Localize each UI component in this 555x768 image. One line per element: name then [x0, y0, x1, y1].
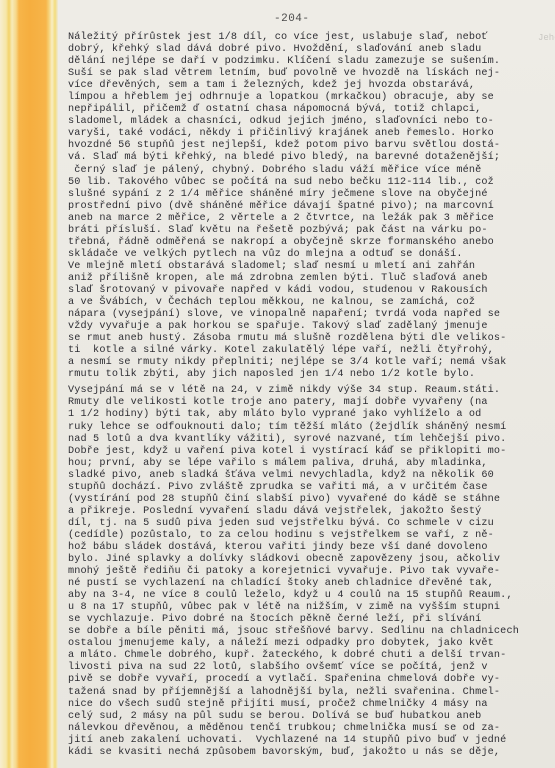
- text-line: hož bábu sládek dostává, kterou vařiti j…: [68, 542, 554, 554]
- text-line: sladké pivo, aneb sladká šťáva velmi nev…: [68, 470, 554, 482]
- text-line: nálevkou dřevěnou, a měděnou tenčí trubk…: [68, 723, 554, 735]
- text-line: bráti přísluší. Slaď květu na řešetě poz…: [68, 225, 554, 237]
- text-line: 1 1/2 hodiny) býti tak, aby mláto bylo v…: [68, 409, 554, 421]
- page-number: -204-: [274, 13, 310, 25]
- text-line: černý slaď je pálený, chybný. Dobrého sl…: [68, 165, 554, 177]
- text-line: vždy vyvařuje a pak horkou se spařuje. T…: [68, 321, 554, 333]
- text-line: livosti piva na sud 22 lotů, slabšího ov…: [68, 662, 554, 674]
- text-line: límpou a hřeblem jej odhrnuje a lopatkou…: [68, 92, 554, 104]
- text-line: pivě se dobře vyvaří, procedí a vytlačí.…: [68, 674, 554, 686]
- text-line: tažená snad by příjemnější a lahodnější …: [68, 687, 554, 699]
- text-line: Rmuty dle velikosti kotle troje ano pate…: [68, 397, 554, 409]
- text-line: hou; první, aby se lépe vařilo s málem p…: [68, 458, 554, 470]
- text-line: (vystírání pod 28 stupňů činí slabší piv…: [68, 494, 554, 506]
- text-line: hvozdné 56 stupňů jest nejlepší, kdež po…: [68, 140, 554, 152]
- text-line: aniž přílišně kropen, ale má zdrobna zem…: [68, 273, 554, 285]
- text-line: celý sud, 2 másy na půl sudu se berou. D…: [68, 711, 554, 723]
- text-line: díl, tj. na 5 sudů piva jeden sud vejstř…: [68, 518, 554, 530]
- text-line: nad 5 lotů a dva kvantlíky vážiti), syro…: [68, 434, 554, 446]
- text-line: ostalou jmenujeme kaly, a náleží mezi od…: [68, 638, 554, 650]
- text-line: sladomel, mládek a chasníci, odkud jejic…: [68, 116, 554, 128]
- text-line: (cedídle) pozůstalo, to za celou hodinu …: [68, 530, 554, 542]
- typewritten-body: Náležitý přírůstek jest 1/8 díl, co více…: [68, 32, 554, 759]
- text-line: třebná, řádně odměřená se nakropí a obyč…: [68, 237, 554, 249]
- text-line: se dobře a bíle pěniti má, jsouc střešňo…: [68, 626, 554, 638]
- text-line: se vychlazuje. Pivo dobré na štocích pěk…: [68, 614, 554, 626]
- text-line: a přikreje. Poslední vyvaření sladu dává…: [68, 506, 554, 518]
- text-line: 50 lib. Takového vůbec se počítá na sud …: [68, 177, 554, 189]
- binder-edge: [0, 0, 58, 768]
- text-line: stupňů dochází. Pivo zvláště zprudka se …: [68, 482, 554, 494]
- text-line: slaď šrotovaný v pivovaře napřed v kádi …: [68, 285, 554, 297]
- text-line: více dřevěných, sem a tam i železných, k…: [68, 80, 554, 92]
- text-line: prostřední pivo (dvě sháněné měřice dáva…: [68, 201, 554, 213]
- text-line: Vysejpání má se v létě na 24, v zimě nik…: [68, 385, 554, 397]
- text-line: ti kotle a silné várky. Kotel zakulatělý…: [68, 345, 554, 357]
- text-line: dělání nejlépe se daří v podzimku. Klíče…: [68, 56, 554, 68]
- text-line: Dobře jest, když u vaření piva kotel i v…: [68, 446, 554, 458]
- text-line: u 8 na 17 stupňů, vůbec pak v létě na ni…: [68, 602, 554, 614]
- text-line: mnohý ještě řediňu či patoky a korejetni…: [68, 566, 554, 578]
- text-line: Náležitý přírůstek jest 1/8 díl, co více…: [68, 32, 554, 44]
- text-line: skládače ve velkých pytlech na vůz do ml…: [68, 249, 554, 261]
- text-line: slušné sypání z 2 1/4 měřice sháněné mír…: [68, 189, 554, 201]
- text-line: kádi se kvasiti nechá způsobem bavorským…: [68, 747, 554, 759]
- text-line: a mláto. Chmele dobrého, kupř. žateckého…: [68, 650, 554, 662]
- text-line: Suší se pak slad větrem letním, buď povo…: [68, 68, 554, 80]
- text-line: vá. Slaď má býti křehký, na bledé pivo b…: [68, 152, 554, 164]
- text-line: rmutu tolik zbýti, aby jich naposled jen…: [68, 369, 554, 381]
- text-line: varyši, také vodáci, někdy i přičinlivý …: [68, 128, 554, 140]
- text-line: ruky lehce se odfouknouti dalo; tím těžš…: [68, 422, 554, 434]
- text-line: aby na 3-4, ne více 8 coulů leželo, když…: [68, 590, 554, 602]
- text-line: aneb na marce 2 měřice, 2 věrtele a 2 čt…: [68, 213, 554, 225]
- text-line: bylo. Jiné splavky a dolívky sládkovi ob…: [68, 554, 554, 566]
- text-line: dobrý, křehký slad dává dobré pivo. Hvož…: [68, 44, 554, 56]
- text-line: a nesmí se rmuty nikdy přeplniti; nejlép…: [68, 357, 554, 369]
- text-line: Ve mlejně mletí obstarává sladomel; slaď…: [68, 261, 554, 273]
- text-line: nepřipálil, přičemž ď ostatní chasa nápo…: [68, 104, 554, 116]
- text-line: né pustí se vychlazení na chladící štoky…: [68, 578, 554, 590]
- text-line: jití aneb zakalení uchovati. Vychlazené …: [68, 735, 554, 747]
- text-line: nápara (vysejpání) slove, ve vinopalně n…: [68, 309, 554, 321]
- text-line: a ve Švábích, v Čechách teplou měkkou, n…: [68, 297, 554, 309]
- text-line: nice do všech sudů stejně přijíti musí, …: [68, 699, 554, 711]
- text-line: se rmut aneb hustý. Zásoba rmutu má sluš…: [68, 333, 554, 345]
